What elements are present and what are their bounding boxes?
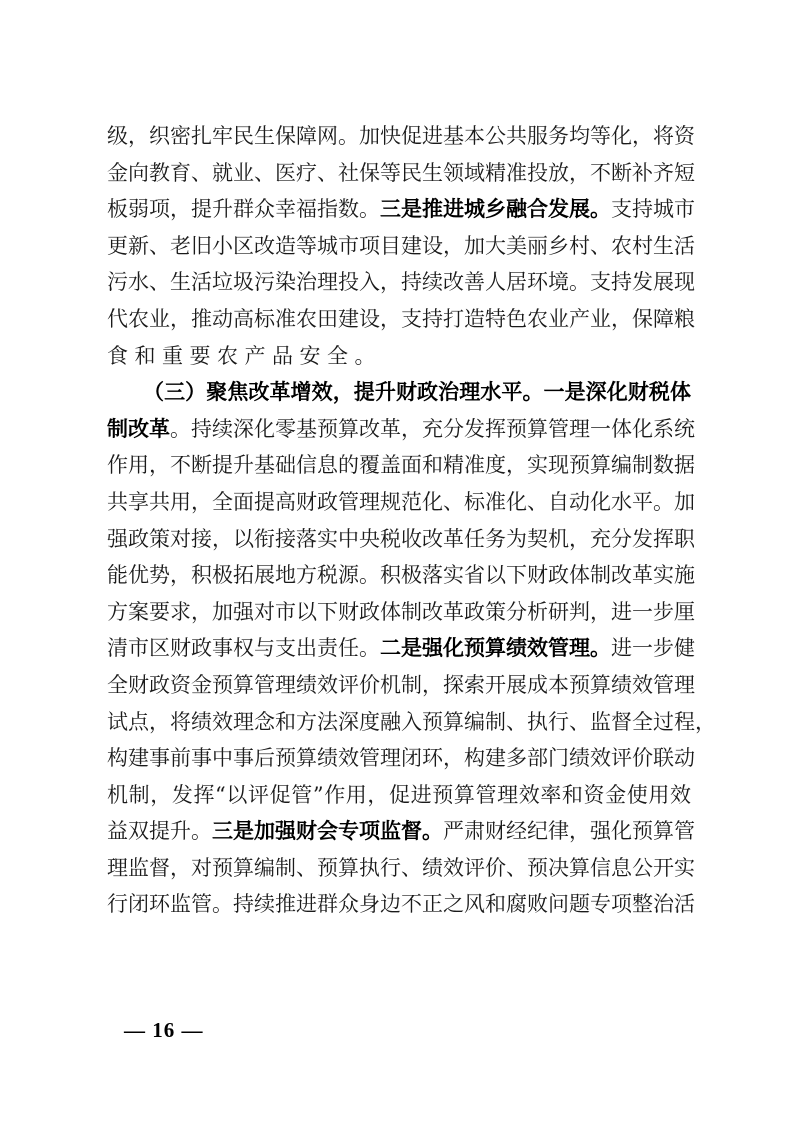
text-segment: 清市区财政事权与支出责任。 [107,636,380,660]
text-segment: 支持城市 [611,197,695,221]
text-segment: 强政策对接，以衔接落实中央税收改革任务为契机，充分发挥职 [107,527,695,551]
text-segment: 方案要求，加强对市以下财政体制改革政策分析研判，进一步厘 [107,600,695,624]
text-segment: 。持续深化零基预算改革，充分发挥预算管理一体化系统 [170,417,695,441]
text-line: 方案要求，加强对市以下财政体制改革政策分析研判，进一步厘 [107,594,691,631]
text-line: 能优势，积极拓展地方税源。积极落实省以下财政体制改革实施 [107,557,691,594]
text-line: 级，织密扎牢民生保障网。加快促进基本公共服务均等化，将资 [107,118,691,155]
text-line: 污水、生活垃圾污染治理投入，持续改善人居环境。支持发展现 [107,264,691,301]
text-segment: 共享共用，全面提高财政管理规范化、标准化、自动化水平。加 [107,490,695,514]
text-line: 理监督，对预算编制、预算执行、绩效评价、预决算信息公开实 [107,850,691,887]
text-segment: 代农业，推动高标准农田建设，支持打造特色农业产业，保障粮 [107,307,695,331]
section-heading-line: （三）聚焦改革增效，提升财政治理水平。一是深化财税体 [107,374,691,411]
text-line: 共享共用，全面提高财政管理规范化、标准化、自动化水平。加 [107,484,691,521]
section-heading: （三）聚焦改革增效，提升财政治理水平。一是深化财税体 [143,379,691,404]
text-line: 更新、老旧小区改造等城市项目建设，加大美丽乡村、农村生活 [107,228,691,265]
document-page: 级，织密扎牢民生保障网。加快促进基本公共服务均等化，将资 金向教育、就业、医疗、… [0,0,793,1122]
text-line: 构建事前事中事后预算绩效管理闭环，构建多部门绩效评价联动 [107,740,691,777]
text-segment: 理监督，对预算编制、预算执行、绩效评价、预决算信息公开实 [107,856,695,880]
text-segment: 益双提升。 [107,819,212,843]
text-line: 板弱项，提升群众幸福指数。三是推进城乡融合发展。支持城市 [107,191,691,228]
text-segment: 级，织密扎牢民生保障网。加快促进基本公共服务均等化，将资 [107,124,695,148]
text-line: 清市区财政事权与支出责任。二是强化预算绩效管理。进一步健 [107,630,691,667]
text-segment: 试点，将绩效理念和方法深度融入预算编制、执行、监督全过程， [107,710,716,734]
text-segment: 金向教育、就业、医疗、社保等民生领域精准投放，不断补齐短 [107,161,695,185]
bold-subheading: 二是强化预算绩效管理。 [380,635,611,660]
text-line: 金向教育、就业、医疗、社保等民生领域精准投放，不断补齐短 [107,155,691,192]
text-line-paragraph-end: 食和重要农产品安全。 [107,338,691,375]
bold-subheading: 制改革 [107,416,170,441]
text-segment: 机制，发挥“以评促管”作用，促进预算管理效率和资金使用效 [107,783,691,807]
text-segment: 更新、老旧小区改造等城市项目建设，加大美丽乡村、农村生活 [107,234,695,258]
text-segment: 污水、生活垃圾污染治理投入，持续改善人居环境。支持发展现 [107,270,695,294]
text-line: 全财政资金预算管理绩效评价机制，探索开展成本预算绩效管理 [107,667,691,704]
text-segment: 构建事前事中事后预算绩效管理闭环，构建多部门绩效评价联动 [107,746,695,770]
text-line: 作用，不断提升基础信息的覆盖面和精准度，实现预算编制数据 [107,447,691,484]
text-line: 行闭环监管。持续推进群众身边不正之风和腐败问题专项整治活 [107,886,691,923]
body-text: 级，织密扎牢民生保障网。加快促进基本公共服务均等化，将资 金向教育、就业、医疗、… [107,118,691,923]
text-line: 制改革。持续深化零基预算改革，充分发挥预算管理一体化系统 [107,411,691,448]
text-segment: 全财政资金预算管理绩效评价机制，探索开展成本预算绩效管理 [107,673,695,697]
text-segment: 严肃财经纪律，强化预算管 [443,819,695,843]
bold-subheading: 三是加强财会专项监督。 [212,818,443,843]
bold-subheading: 三是推进城乡融合发展。 [380,196,611,221]
text-segment: 食和重要农产品安全。 [107,344,382,368]
text-line: 机制，发挥“以评促管”作用，促进预算管理效率和资金使用效 [107,777,691,814]
text-segment: 进一步健 [611,636,695,660]
page-number: — 16 — [124,1018,204,1043]
text-line: 试点，将绩效理念和方法深度融入预算编制、执行、监督全过程， [107,704,691,741]
text-line: 益双提升。三是加强财会专项监督。严肃财经纪律，强化预算管 [107,813,691,850]
text-segment: 板弱项，提升群众幸福指数。 [107,197,380,221]
text-line: 强政策对接，以衔接落实中央税收改革任务为契机，充分发挥职 [107,521,691,558]
text-line: 代农业，推动高标准农田建设，支持打造特色农业产业，保障粮 [107,301,691,338]
text-segment: 能优势，积极拓展地方税源。积极落实省以下财政体制改革实施 [107,563,695,587]
text-segment: 作用，不断提升基础信息的覆盖面和精准度，实现预算编制数据 [107,453,695,477]
text-segment: 行闭环监管。持续推进群众身边不正之风和腐败问题专项整治活 [107,892,695,916]
